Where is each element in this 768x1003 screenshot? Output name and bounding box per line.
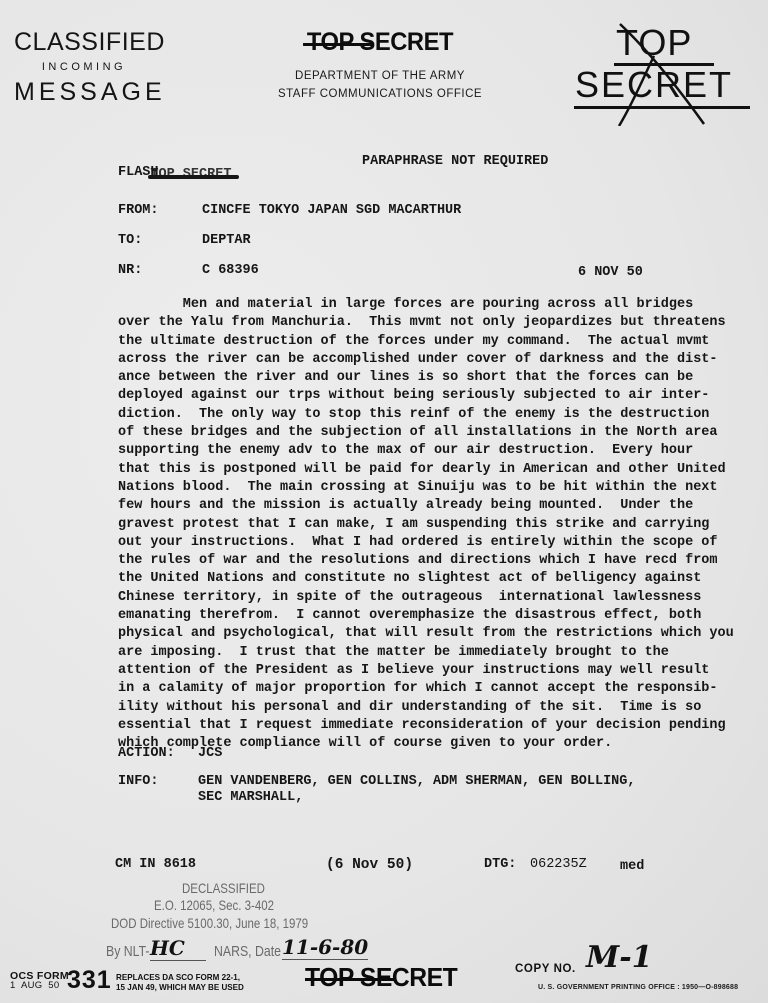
body-line: few hours and the mission is actually al… (118, 497, 748, 515)
body-line: over the Yalu from Manchuria. This mvmt … (118, 314, 748, 332)
replaces-line-2: 15 JAN 49, WHICH MAY BE USED (116, 983, 244, 993)
body-line: ility without his personal and dir under… (118, 699, 748, 717)
body-line: gravest protest that I can make, I am su… (118, 516, 748, 534)
struck-text: TOP SECRET (150, 166, 231, 184)
body-line: Nations blood. The main crossing at Sinu… (118, 479, 748, 497)
body-line: attention of the President as I believe … (118, 662, 748, 680)
declassified-date: 11-6-80 (282, 935, 368, 960)
body-line: supporting the enemy adv to the max of o… (118, 442, 748, 460)
nr-value: C 68396 (202, 262, 259, 280)
body-line: that this is postponed will be paid for … (118, 461, 748, 479)
body-line: the ultimate destruction of the forces u… (118, 333, 748, 351)
heading-message: MESSAGE (14, 77, 154, 107)
body-line: the rules of war and the resolutions and… (118, 552, 748, 570)
office-label: STAFF COMMUNICATIONS OFFICE (270, 86, 490, 102)
operator-initials: med (620, 858, 644, 876)
form-number: 331 (67, 966, 112, 995)
strike-mark (303, 43, 373, 46)
body-line: are imposing. I trust that the matter be… (118, 644, 748, 662)
declassifier-initials: HC (150, 936, 206, 961)
printer-imprint: U. S. GOVERNMENT PRINTING OFFICE : 1950—… (538, 984, 738, 991)
copy-number-value: M-1 (586, 940, 653, 975)
body-line: of these bridges and the subjection of a… (118, 424, 748, 442)
declassified-title: DECLASSIFIED (182, 880, 265, 896)
body-line: Men and material in large forces are pou… (118, 296, 748, 314)
from-value: CINCFE TOKYO JAPAN SGD MACARTHUR (202, 202, 461, 220)
body-line: the United Nations and constitute no sli… (118, 570, 748, 588)
message-date: 6 NOV 50 (578, 264, 643, 282)
paraphrase-note: PARAPHRASE NOT REQUIRED (362, 153, 548, 171)
body-line: Chinese territory, in spite of the outra… (118, 589, 748, 607)
precedence-flash: FLASH (118, 164, 159, 182)
top-secret-stamp-footer: TOP SECRET (305, 962, 457, 993)
message-body: Men and material in large forces are pou… (118, 296, 748, 753)
strike-mark (305, 978, 396, 981)
dtg-value: 062235Z (530, 856, 587, 874)
action-label: ACTION: (118, 745, 175, 763)
body-line: essential that I request immediate recon… (118, 717, 748, 735)
info-line-2: SEC MARSHALL, (198, 789, 303, 807)
dtg-label: DTG: (484, 856, 516, 874)
form-heading: CLASSIFIED INCOMING MESSAGE (14, 27, 154, 107)
department-label: DEPARTMENT OF THE ARMY (270, 68, 490, 84)
form-date: 1 AUG 50 (10, 981, 69, 991)
body-line: physical and psychological, that will re… (118, 625, 748, 643)
body-line: out your instructions. What I had ordere… (118, 534, 748, 552)
declassified-eo: E.O. 12065, Sec. 3-402 (154, 897, 274, 913)
nr-label: NR: (118, 262, 142, 280)
info-label: INFO: (118, 773, 159, 791)
header-center: TOP SECRET DEPARTMENT OF THE ARMY STAFF … (270, 29, 490, 102)
body-line: emanating therefrom. I cannot overemphas… (118, 607, 748, 625)
nars-date-label: NARS, Date (214, 943, 281, 960)
by-prefix: By NLT- (106, 943, 150, 960)
from-label: FROM: (118, 202, 159, 220)
copy-number-label: COPY NO. (515, 963, 576, 975)
document-page: CLASSIFIED INCOMING MESSAGE TOP SECRET D… (0, 0, 768, 1003)
cm-date: (6 Nov 50) (326, 856, 413, 874)
body-line: deployed against our trps without being … (118, 387, 748, 405)
body-line: across the river can be accomplished und… (118, 351, 748, 369)
to-label: TO: (118, 232, 142, 250)
declassified-by: By NLT- (106, 943, 150, 960)
body-line: ance between the river and our lines is … (118, 369, 748, 387)
cm-in-number: CM IN 8618 (115, 856, 196, 874)
form-identifier: OCS FORM 1 AUG 50 (10, 971, 69, 991)
body-line: in a calamity of major proportion for wh… (118, 680, 748, 698)
heading-classified: CLASSIFIED (14, 27, 154, 57)
top-secret-stamp-crossed: TOP SECRET (574, 22, 750, 114)
top-secret-stamp-header: TOP SECRET (307, 29, 453, 55)
to-value: DEPTAR (202, 232, 251, 250)
body-line: diction. The only way to stop this reinf… (118, 406, 748, 424)
declassified-directive: DOD Directive 5100.30, June 18, 1979 (111, 915, 308, 931)
stamp-text: TOP SECRET (307, 28, 453, 56)
heading-incoming: INCOMING (14, 59, 154, 75)
cross-out-mark-icon (574, 16, 750, 126)
action-value: JCS (198, 745, 222, 763)
form-replaces-note: REPLACES DA SCO FORM 22-1, 15 JAN 49, WH… (116, 973, 244, 992)
